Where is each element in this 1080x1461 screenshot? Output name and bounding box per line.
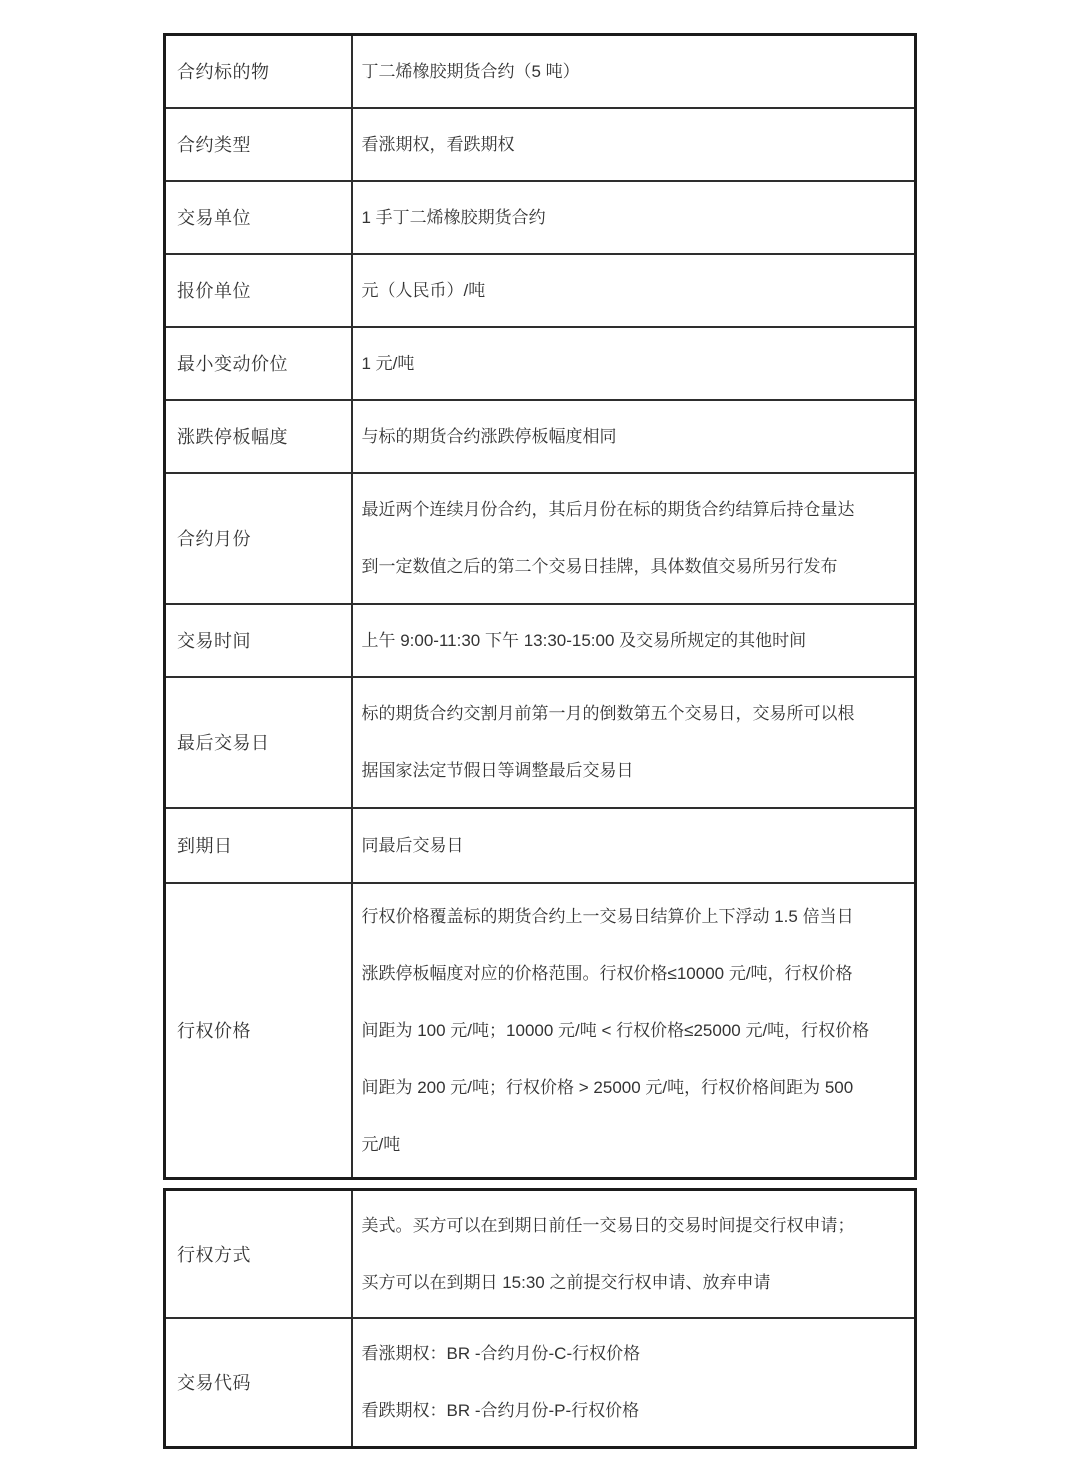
value-line: 1 元/吨 xyxy=(362,335,909,392)
row-value: 美式。买方可以在到期日前任一交易日的交易时间提交行权申请； 买方可以在到期日 1… xyxy=(352,1189,916,1318)
row-value: 上午 9:00-11:30 下午 13:30-15:00 及交易所规定的其他时间 xyxy=(352,604,916,677)
row-label: 涨跌停板幅度 xyxy=(165,400,352,473)
row-label: 最小变动价位 xyxy=(165,327,352,400)
row-value: 1 元/吨 xyxy=(352,327,916,400)
value-line: 美式。买方可以在到期日前任一交易日的交易时间提交行权申请； xyxy=(362,1197,909,1254)
value-line: 据国家法定节假日等调整最后交易日 xyxy=(362,742,909,799)
row-label: 交易时间 xyxy=(165,604,352,677)
row-value: 与标的期货合约涨跌停板幅度相同 xyxy=(352,400,916,473)
row-underlying-asset: 合约标的物 丁二烯橡胶期货合约（5 吨） xyxy=(165,35,916,108)
value-line: 涨跌停板幅度对应的价格范围。行权价格≤10000 元/吨，行权价格 xyxy=(362,945,909,1002)
value-line: 间距为 100 元/吨；10000 元/吨 < 行权价格≤25000 元/吨，行… xyxy=(362,1002,909,1059)
row-value: 标的期货合约交割月前第一月的倒数第五个交易日，交易所可以根 据国家法定节假日等调… xyxy=(352,677,916,808)
value-line: 最近两个连续月份合约，其后月份在标的期货合约结算后持仓量达 xyxy=(362,481,909,538)
row-value: 丁二烯橡胶期货合约（5 吨） xyxy=(352,35,916,108)
row-label: 报价单位 xyxy=(165,254,352,327)
row-value: 1 手丁二烯橡胶期货合约 xyxy=(352,181,916,254)
row-value: 看涨期权：BR -合约月份-C-行权价格 看跌期权：BR -合约月份-P-行权价… xyxy=(352,1318,916,1447)
value-line: 间距为 200 元/吨；行权价格 > 25000 元/吨，行权价格间距为 500 xyxy=(362,1059,909,1116)
row-last-trading-day: 最后交易日 标的期货合约交割月前第一月的倒数第五个交易日，交易所可以根 据国家法… xyxy=(165,677,916,808)
row-trading-hours: 交易时间 上午 9:00-11:30 下午 13:30-15:00 及交易所规定… xyxy=(165,604,916,677)
row-contract-months: 合约月份 最近两个连续月份合约，其后月份在标的期货合约结算后持仓量达 到一定数值… xyxy=(165,473,916,604)
row-label: 交易代码 xyxy=(165,1318,352,1447)
row-label: 合约标的物 xyxy=(165,35,352,108)
row-trading-code: 交易代码 看涨期权：BR -合约月份-C-行权价格 看跌期权：BR -合约月份-… xyxy=(165,1318,916,1447)
row-price-limit: 涨跌停板幅度 与标的期货合约涨跌停板幅度相同 xyxy=(165,400,916,473)
row-quote-unit: 报价单位 元（人民币）/吨 xyxy=(165,254,916,327)
value-line: 买方可以在到期日 15:30 之前提交行权申请、放弃申请 xyxy=(362,1254,909,1311)
row-label: 行权方式 xyxy=(165,1189,352,1318)
value-line: 标的期货合约交割月前第一月的倒数第五个交易日，交易所可以根 xyxy=(362,685,909,742)
row-value: 看涨期权，看跌期权 xyxy=(352,108,916,181)
row-value: 同最后交易日 xyxy=(352,808,916,883)
value-line: 1 手丁二烯橡胶期货合约 xyxy=(362,189,909,246)
value-line: 看涨期权：BR -合约月份-C-行权价格 xyxy=(362,1325,909,1382)
row-label: 到期日 xyxy=(165,808,352,883)
value-line: 行权价格覆盖标的期货合约上一交易日结算价上下浮动 1.5 倍当日 xyxy=(362,888,909,945)
row-strike-price: 行权价格 行权价格覆盖标的期货合约上一交易日结算价上下浮动 1.5 倍当日 涨跌… xyxy=(165,883,916,1179)
row-label: 交易单位 xyxy=(165,181,352,254)
row-contract-type: 合约类型 看涨期权，看跌期权 xyxy=(165,108,916,181)
contract-spec-table-exercise: 行权方式 美式。买方可以在到期日前任一交易日的交易时间提交行权申请； 买方可以在… xyxy=(163,1188,917,1449)
contract-spec-table-main: 合约标的物 丁二烯橡胶期货合约（5 吨） 合约类型 看涨期权，看跌期权 交易单位… xyxy=(163,33,917,1180)
row-label: 合约类型 xyxy=(165,108,352,181)
value-line: 上午 9:00-11:30 下午 13:30-15:00 及交易所规定的其他时间 xyxy=(362,612,909,669)
value-line: 看跌期权：BR -合约月份-P-行权价格 xyxy=(362,1382,909,1439)
value-line: 同最后交易日 xyxy=(362,817,909,874)
document-page: 合约标的物 丁二烯橡胶期货合约（5 吨） 合约类型 看涨期权，看跌期权 交易单位… xyxy=(0,0,1080,1461)
row-value: 元（人民币）/吨 xyxy=(352,254,916,327)
row-label: 合约月份 xyxy=(165,473,352,604)
value-line: 元（人民币）/吨 xyxy=(362,262,909,319)
value-line: 看涨期权，看跌期权 xyxy=(362,116,909,173)
row-trading-unit: 交易单位 1 手丁二烯橡胶期货合约 xyxy=(165,181,916,254)
row-label: 行权价格 xyxy=(165,883,352,1179)
row-exercise-style: 行权方式 美式。买方可以在到期日前任一交易日的交易时间提交行权申请； 买方可以在… xyxy=(165,1189,916,1318)
value-line: 丁二烯橡胶期货合约（5 吨） xyxy=(362,43,909,100)
row-value: 最近两个连续月份合约，其后月份在标的期货合约结算后持仓量达 到一定数值之后的第二… xyxy=(352,473,916,604)
value-line: 到一定数值之后的第二个交易日挂牌，具体数值交易所另行发布 xyxy=(362,538,909,595)
value-line: 与标的期货合约涨跌停板幅度相同 xyxy=(362,408,909,465)
value-line: 元/吨 xyxy=(362,1116,909,1173)
row-value: 行权价格覆盖标的期货合约上一交易日结算价上下浮动 1.5 倍当日 涨跌停板幅度对… xyxy=(352,883,916,1179)
row-expiry-date: 到期日 同最后交易日 xyxy=(165,808,916,883)
row-min-tick: 最小变动价位 1 元/吨 xyxy=(165,327,916,400)
row-label: 最后交易日 xyxy=(165,677,352,808)
